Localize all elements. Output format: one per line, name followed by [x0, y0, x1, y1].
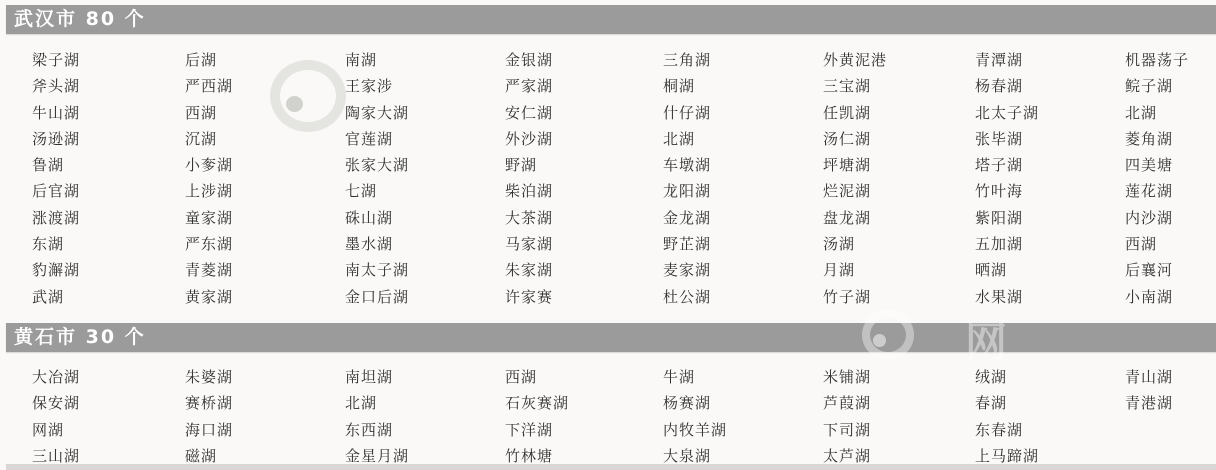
- lake-name: 小奓湖: [185, 152, 345, 178]
- lake-name: 斧头湖: [32, 73, 185, 99]
- lake-name: 任凯湖: [823, 100, 975, 126]
- lake-name: 柴泊湖: [505, 178, 663, 204]
- lake-name: 北湖: [345, 390, 505, 416]
- lake-name: 网湖: [32, 417, 185, 443]
- wuhan-lake-grid: 梁子湖斧头湖牛山湖汤逊湖鲁湖后官湖涨渡湖东湖豹澥湖武湖后湖严西湖西湖沉湖小奓湖上…: [32, 47, 1216, 310]
- lake-name: 杜公湖: [663, 284, 823, 310]
- lake-name: 张家大湖: [345, 152, 505, 178]
- lake-name: 四美塘: [1125, 152, 1216, 178]
- lake-name: 菱角湖: [1125, 126, 1216, 152]
- lake-name: 青山湖: [1125, 364, 1216, 390]
- lake-name: 小南湖: [1125, 284, 1216, 310]
- lake-name: 东湖: [32, 231, 185, 257]
- lake-name: 汤仁湖: [823, 126, 975, 152]
- lake-name: 朱家湖: [505, 257, 663, 283]
- lake-name: 竹子湖: [823, 284, 975, 310]
- lake-name: 严家湖: [505, 73, 663, 99]
- lake-name: 水果湖: [975, 284, 1125, 310]
- lake-name: 马家湖: [505, 231, 663, 257]
- lake-name: 月湖: [823, 257, 975, 283]
- lake-name: 牛山湖: [32, 100, 185, 126]
- lake-name: 盘龙湖: [823, 205, 975, 231]
- lake-name: 安仁湖: [505, 100, 663, 126]
- lake-name: 北湖: [663, 126, 823, 152]
- lake-name: 内牧羊湖: [663, 417, 823, 443]
- lake-name: 东春湖: [975, 417, 1125, 443]
- lake-name: 芦葭湖: [823, 390, 975, 416]
- lake-name: 什仔湖: [663, 100, 823, 126]
- lake-name: 五加湖: [975, 231, 1125, 257]
- lake-name: 外黄泥港: [823, 47, 975, 73]
- lake-name: 梁子湖: [32, 47, 185, 73]
- lake-name: 青潭湖: [975, 47, 1125, 73]
- section-header-huangshi: 黄石市 30 个: [6, 323, 1216, 352]
- lake-name: 杨赛湖: [663, 390, 823, 416]
- lake-name: 大茶湖: [505, 205, 663, 231]
- huangshi-lake-grid: 大冶湖保安湖网湖三山湖朱婆湖赛桥湖海口湖磁湖南坦湖北湖东西湖金星月湖西湖石灰赛湖…: [32, 364, 1216, 469]
- lake-name: 张毕湖: [975, 126, 1125, 152]
- lake-name: 西湖: [185, 100, 345, 126]
- lake-name: 沉湖: [185, 126, 345, 152]
- lake-name: 西湖: [505, 364, 663, 390]
- lake-name: 野芷湖: [663, 231, 823, 257]
- lake-name: 外沙湖: [505, 126, 663, 152]
- lake-name: 鲩子湖: [1125, 73, 1216, 99]
- lake-name: 王家涉: [345, 73, 505, 99]
- lake-name: 机器荡子: [1125, 47, 1216, 73]
- lake-name: 海口湖: [185, 417, 345, 443]
- lake-name: 牛湖: [663, 364, 823, 390]
- lake-name: 下司湖: [823, 417, 975, 443]
- lake-name: 晒湖: [975, 257, 1125, 283]
- lake-name: 紫阳湖: [975, 205, 1125, 231]
- lake-name: 杨春湖: [975, 73, 1125, 99]
- lake-name: 涨渡湖: [32, 205, 185, 231]
- lake-name: 烂泥湖: [823, 178, 975, 204]
- section-header-wuhan: 武汉市 80 个: [6, 5, 1216, 34]
- lake-name: 东西湖: [345, 417, 505, 443]
- lake-name: 南太子湖: [345, 257, 505, 283]
- lake-name: 麦家湖: [663, 257, 823, 283]
- lake-name: 青菱湖: [185, 257, 345, 283]
- lake-name: 青港湖: [1125, 390, 1216, 416]
- lake-name: 车墩湖: [663, 152, 823, 178]
- lake-name: 后官湖: [32, 178, 185, 204]
- lake-name: 竹叶海: [975, 178, 1125, 204]
- lake-name: 鲁湖: [32, 152, 185, 178]
- lake-name: 金口后湖: [345, 284, 505, 310]
- lake-name: 北湖: [1125, 100, 1216, 126]
- lake-name: 陶家大湖: [345, 100, 505, 126]
- lake-name: 金龙湖: [663, 205, 823, 231]
- lake-name: 绒湖: [975, 364, 1125, 390]
- lake-name: 豹澥湖: [32, 257, 185, 283]
- lake-name: 严东湖: [185, 231, 345, 257]
- lake-name: 南湖: [345, 47, 505, 73]
- lake-name: 上涉湖: [185, 178, 345, 204]
- lake-name: 童家湖: [185, 205, 345, 231]
- lake-name: 大冶湖: [32, 364, 185, 390]
- lake-name: 朱婆湖: [185, 364, 345, 390]
- lake-name: 硃山湖: [345, 205, 505, 231]
- lake-name: 金银湖: [505, 47, 663, 73]
- lake-name: 下洋湖: [505, 417, 663, 443]
- lake-name: 南坦湖: [345, 364, 505, 390]
- lake-name: 莲花湖: [1125, 178, 1216, 204]
- lake-name: 三角湖: [663, 47, 823, 73]
- lake-name: 武湖: [32, 284, 185, 310]
- lake-name: 后襄河: [1125, 257, 1216, 283]
- lake-name: 汤逊湖: [32, 126, 185, 152]
- lake-list-page: 武汉市 80 个 梁子湖斧头湖牛山湖汤逊湖鲁湖后官湖涨渡湖东湖豹澥湖武湖后湖严西…: [0, 0, 1216, 470]
- lake-name: 野湖: [505, 152, 663, 178]
- lake-name: 赛桥湖: [185, 390, 345, 416]
- lake-name: 汤湖: [823, 231, 975, 257]
- lake-name: 黄家湖: [185, 284, 345, 310]
- lake-name: 许家赛: [505, 284, 663, 310]
- lake-name: 北太子湖: [975, 100, 1125, 126]
- lake-name: 内沙湖: [1125, 205, 1216, 231]
- lake-name: 三宝湖: [823, 73, 975, 99]
- lake-name: 七湖: [345, 178, 505, 204]
- lake-name: 塔子湖: [975, 152, 1125, 178]
- section-title-wuhan: 武汉市 80 个: [14, 8, 146, 30]
- next-section-edge: [6, 464, 1216, 470]
- lake-name: 龙阳湖: [663, 178, 823, 204]
- lake-name: 保安湖: [32, 390, 185, 416]
- lake-name: 官莲湖: [345, 126, 505, 152]
- section-title-huangshi: 黄石市 30 个: [14, 326, 146, 348]
- lake-name: 桐湖: [663, 73, 823, 99]
- lake-name: 春湖: [975, 390, 1125, 416]
- lake-name: 西湖: [1125, 231, 1216, 257]
- lake-name: 石灰赛湖: [505, 390, 663, 416]
- lake-name: 坪塘湖: [823, 152, 975, 178]
- lake-name: 米铺湖: [823, 364, 975, 390]
- lake-name: 后湖: [185, 47, 345, 73]
- lake-name: 墨水湖: [345, 231, 505, 257]
- lake-name: 严西湖: [185, 73, 345, 99]
